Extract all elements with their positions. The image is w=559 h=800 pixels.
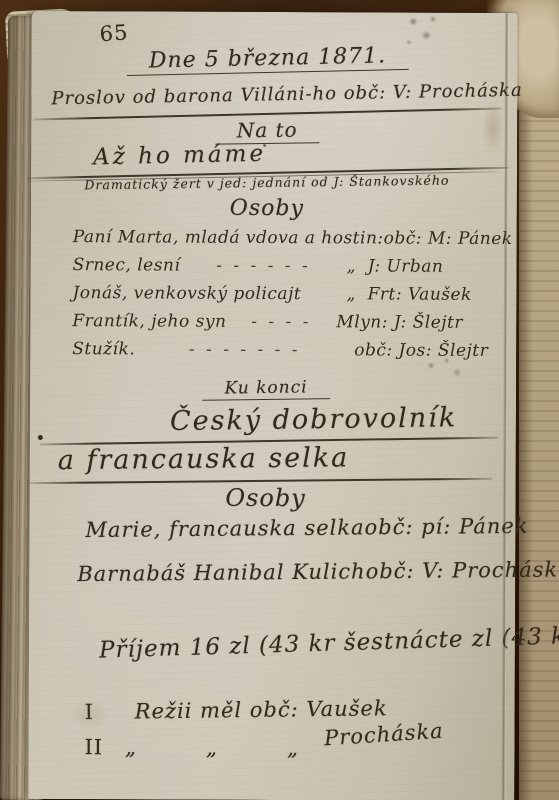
rezie-text: Režii měl obč: Vaušek: [135, 696, 388, 723]
book-fore-edge: [519, 0, 559, 800]
income-line: Příjem 16 zl (43 kr šestnácte zl (43 kr: [99, 623, 559, 664]
paper-stain: [60, 690, 120, 740]
role-name: Frantík, jeho syn: [72, 311, 226, 332]
leader-dashes: - - - -: [226, 312, 336, 332]
ink-dot: [263, 144, 266, 147]
role-name: Marie, francauska selka: [85, 515, 364, 542]
paper-stain: [478, 88, 508, 168]
actor-name: „ J: Urban: [347, 256, 505, 277]
cast-row: Jonáš, venkovský policajt „ Frt: Vaušek: [72, 283, 504, 305]
role-name: Paní Marta, mladá vdova a hostin:: [73, 227, 384, 248]
actor-name: obč: V: Procháska: [366, 557, 559, 583]
play1-title: Až ho máme: [93, 141, 266, 171]
manuscript-page: 65 Dne 5 března 1871. Proslov od barona …: [28, 11, 517, 800]
cast-row: Srnec, lesní - - - - - - „ J: Urban: [73, 255, 505, 277]
ditto-marks: „ „ „: [125, 735, 299, 760]
leader-dashes: - - - - - -: [180, 256, 346, 277]
cast-list-1: Paní Marta, mladá vdova a hostin: obč: M…: [72, 227, 505, 369]
ink-smudge: [418, 352, 470, 386]
leader-dashes: - - - - - - -: [135, 339, 354, 360]
photo-of-manuscript: 65 Dne 5 března 1871. Proslov od barona …: [0, 0, 559, 800]
ink-dot: [38, 435, 43, 440]
surname: Procháska: [324, 719, 446, 765]
page-number: 65: [99, 20, 129, 46]
actor-name: Mlyn: J: Šlejtr: [336, 312, 504, 333]
cast2-row: Marie, francauska selka obč: pí: Pánek: [85, 514, 495, 542]
play2-title-line2: a francauska selka: [58, 442, 350, 476]
role-name: Stužík.: [72, 339, 135, 359]
na-to-heading: Na to: [31, 115, 503, 145]
rezie-row-2: II „ „ „ Procháska: [84, 735, 444, 761]
cast-heading-2: Osoby: [30, 483, 502, 513]
cast2-row: Barnabáš Hanibal Kulich obč: V: Prochásk…: [77, 558, 501, 586]
role-name: Srnec, lesní: [73, 255, 181, 275]
actor-name: obč: M: Pánek: [384, 228, 542, 249]
ink-smudge: [400, 10, 444, 56]
cast-heading-1: Osoby: [31, 195, 503, 222]
role-name: Jonáš, venkovský policajt: [72, 283, 301, 304]
proslov-line: Proslov od barona Villáni-ho obč: V: Pro…: [51, 80, 523, 110]
role-name: Barnabáš Hanibal Kulich: [77, 559, 366, 586]
rezie-row-1: I Režii měl obč: Vaušek: [85, 696, 425, 724]
cast-row: Frantík, jeho syn - - - - Mlyn: J: Šlejt…: [72, 311, 504, 333]
actor-name: „ Frt: Vaušek: [346, 284, 504, 305]
play2-title-line1: Český dobrovolník: [170, 402, 458, 437]
cast-row: Paní Marta, mladá vdova a hostin: obč: M…: [73, 227, 505, 249]
